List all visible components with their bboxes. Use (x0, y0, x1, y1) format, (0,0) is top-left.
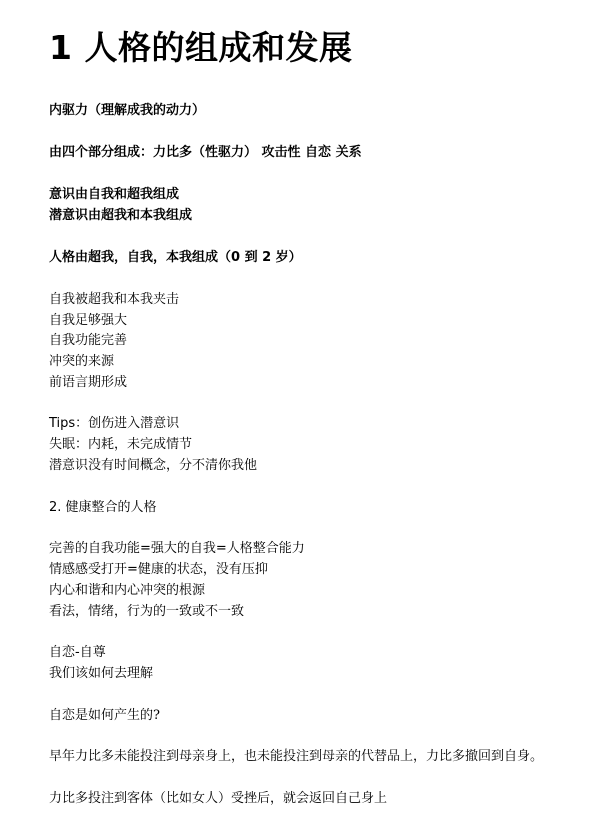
text-emotion-open: 情感感受打开=健康的状态，没有压抑 (49, 561, 268, 579)
text-ego-attacked: 自我被超我和本我夹击 (49, 291, 179, 309)
text-ego-equation: 完善的自我功能=强大的自我=人格整合能力 (49, 540, 305, 558)
text-narcissism-esteem: 自恋-自尊 (49, 644, 106, 662)
text-ego-function: 自我功能完善 (49, 332, 127, 350)
text-four-parts: 由四个部分组成：力比多（性驱力） 攻击性 自恋 关系 (49, 144, 362, 162)
text-tips: Tips：创伤进入潜意识 (49, 415, 179, 433)
text-preverbal: 前语言期形成 (49, 374, 127, 392)
text-conflict-source: 冲突的来源 (49, 353, 114, 371)
page-title: 1 人格的组成和发展 (49, 26, 352, 70)
text-consistency: 看法，情绪，行为的一致或不一致 (49, 603, 244, 621)
document-page: 1 人格的组成和发展 内驱力（理解成我的动力） 由四个部分组成：力比多（性驱力）… (0, 0, 612, 829)
text-subconscious: 潜意识由超我和本我组成 (49, 207, 192, 225)
text-no-time: 潜意识没有时间概念，分不清你我他 (49, 457, 257, 475)
text-libido-object: 力比多投注到客体（比如女人）受挫后，就会返回自己身上 (49, 790, 387, 808)
text-how-narcissism: 自恋是如何产生的? (49, 707, 160, 725)
text-inner-drive: 内驱力（理解成我的动力） (49, 102, 205, 120)
text-insomnia: 失眠：内耗，未完成情节 (49, 436, 192, 454)
section-heading-2: 2. 健康整合的人格 (49, 499, 157, 517)
text-how-understand: 我们该如何去理解 (49, 665, 153, 683)
text-harmony: 内心和谐和内心冲突的根源 (49, 582, 205, 600)
text-conscious: 意识由自我和超我组成 (49, 186, 179, 204)
text-early-libido: 早年力比多未能投注到母亲身上，也未能投注到母亲的代替品上，力比多撤回到自身。 (49, 748, 543, 766)
text-ego-strong: 自我足够强大 (49, 312, 127, 330)
text-personality-composed: 人格由超我，自我，本我组成（0 到 2 岁） (49, 249, 302, 267)
